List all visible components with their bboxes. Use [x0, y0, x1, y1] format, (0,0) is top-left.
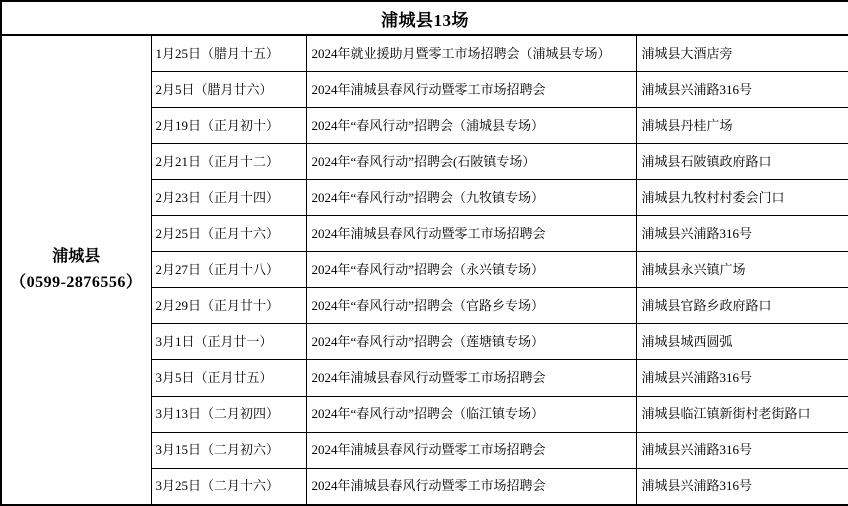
event-cell: 2024年浦城县春风行动暨零工市场招聘会	[306, 468, 636, 505]
location-cell: 浦城县临江镇新街村老街路口	[636, 396, 848, 432]
location-cell: 浦城县城西圆弧	[636, 324, 848, 360]
event-cell: 2024年浦城县春风行动暨零工市场招聘会	[306, 72, 636, 108]
date-cell: 1月25日（腊月十五）	[151, 35, 306, 72]
date-cell: 2月29日（正月廿十）	[151, 288, 306, 324]
table-header-row: 浦城县13场	[1, 1, 848, 35]
event-cell: 2024年“春风行动”招聘会（官路乡专场）	[306, 288, 636, 324]
date-cell: 3月13日（二月初四）	[151, 396, 306, 432]
location-cell: 浦城县永兴镇广场	[636, 252, 848, 288]
event-cell: 2024年浦城县春风行动暨零工市场招聘会	[306, 432, 636, 468]
date-cell: 3月25日（二月十六）	[151, 468, 306, 505]
location-cell: 浦城县大酒店旁	[636, 35, 848, 72]
location-cell: 浦城县九牧村村委会门口	[636, 180, 848, 216]
location-cell: 浦城县官路乡政府路口	[636, 288, 848, 324]
location-cell: 浦城县兴浦路316号	[636, 216, 848, 252]
county-phone: （0599-2876556）	[4, 270, 149, 296]
event-cell: 2024年“春风行动”招聘会（九牧镇专场）	[306, 180, 636, 216]
event-cell: 2024年浦城县春风行动暨零工市场招聘会	[306, 216, 636, 252]
event-cell: 2024年“春风行动”招聘会（莲塘镇专场）	[306, 324, 636, 360]
date-cell: 2月5日（腊月廿六）	[151, 72, 306, 108]
date-cell: 2月19日（正月初十）	[151, 108, 306, 144]
table-title: 浦城县13场	[1, 1, 848, 35]
event-cell: 2024年“春风行动”招聘会（浦城县专场）	[306, 108, 636, 144]
date-cell: 2月27日（正月十八）	[151, 252, 306, 288]
location-cell: 浦城县兴浦路316号	[636, 72, 848, 108]
date-cell: 3月1日（正月廿一）	[151, 324, 306, 360]
job-fair-schedule-page: 浦城县13场 浦城县 （0599-2876556） 1月25日（腊月十五） 20…	[0, 0, 848, 506]
location-cell: 浦城县石陂镇政府路口	[636, 144, 848, 180]
county-cell: 浦城县 （0599-2876556）	[1, 35, 151, 505]
date-cell: 2月23日（正月十四）	[151, 180, 306, 216]
schedule-table: 浦城县13场 浦城县 （0599-2876556） 1月25日（腊月十五） 20…	[0, 0, 848, 506]
event-cell: 2024年就业援助月暨零工市场招聘会（浦城县专场）	[306, 35, 636, 72]
event-cell: 2024年“春风行动”招聘会（永兴镇专场）	[306, 252, 636, 288]
event-cell: 2024年“春风行动”招聘会(石陂镇专场）	[306, 144, 636, 180]
location-cell: 浦城县兴浦路316号	[636, 360, 848, 396]
date-cell: 3月15日（二月初六）	[151, 432, 306, 468]
date-cell: 3月5日（正月廿五）	[151, 360, 306, 396]
location-cell: 浦城县兴浦路316号	[636, 432, 848, 468]
event-cell: 2024年浦城县春风行动暨零工市场招聘会	[306, 360, 636, 396]
location-cell: 浦城县兴浦路316号	[636, 468, 848, 505]
date-cell: 2月21日（正月十二）	[151, 144, 306, 180]
event-cell: 2024年“春风行动”招聘会（临江镇专场）	[306, 396, 636, 432]
location-cell: 浦城县丹桂广场	[636, 108, 848, 144]
table-row: 浦城县 （0599-2876556） 1月25日（腊月十五） 2024年就业援助…	[1, 35, 848, 72]
date-cell: 2月25日（正月十六）	[151, 216, 306, 252]
county-name: 浦城县	[4, 244, 149, 270]
